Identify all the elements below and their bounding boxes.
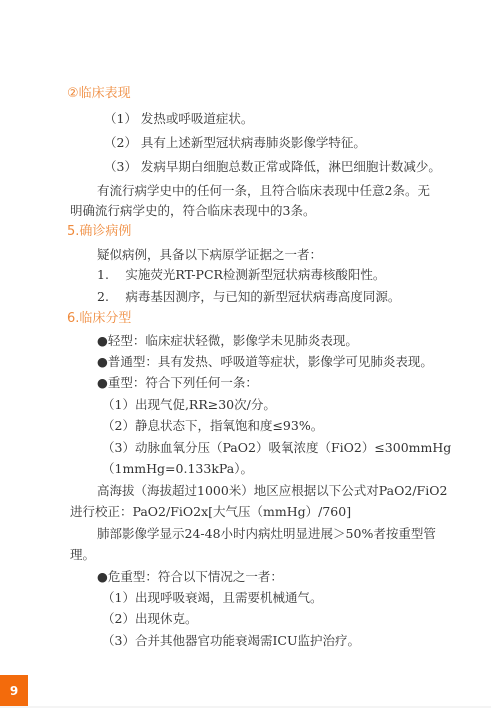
list-item: （3）动脉血氧分压（PaO2）吸氧浓度（FiO2）≤300mmHg — [102, 440, 451, 456]
list-item: （3） 发病早期白细胞总数正常或降低，淋巴细胞计数减少。 — [104, 159, 441, 175]
bullet-item: ●普通型：具有发热、呼吸道等症状，影像学可见肺炎表现。 — [97, 354, 433, 370]
document-page: ②临床表现 （1） 发热或呼吸道症状。 （2） 具有上述新型冠状病毒肺炎影像学特… — [0, 0, 491, 708]
list-item: 2. 病毒基因测序，与已知的新型冠状病毒高度同源。 — [97, 289, 400, 305]
paragraph-line: 高海拔（海拔超过1000米）地区应根据以下公式对PaO2/FiO2 — [97, 483, 447, 499]
paragraph-line: 疑似病例，具备以下病原学证据之一者： — [97, 247, 322, 263]
list-item: （1）出现呼吸衰竭，且需要机械通气。 — [102, 590, 322, 606]
bullet-item: ●轻型：临床症状轻微，影像学未见肺炎表现。 — [97, 333, 358, 349]
bullet-item: ●重型：符合下列任何一条： — [97, 375, 258, 391]
list-item: （1） 发热或呼吸道症状。 — [104, 111, 253, 127]
paragraph-line: 理。 — [70, 547, 95, 563]
section-heading-clinical: ②临床表现 — [67, 86, 131, 102]
bullet-item: ●危重型：符合以下情况之一者： — [97, 569, 283, 585]
paragraph-line: 进行校正：PaO2/FiO2x[大气压（mmHg）/760] — [70, 504, 351, 520]
list-item: （2）出现休克。 — [102, 611, 197, 627]
page-number-badge: 9 — [0, 675, 28, 706]
section-heading-classification: 6.临床分型 — [67, 311, 131, 327]
paragraph-line: 明确流行病学史的，符合临床表现中的3条。 — [70, 203, 315, 219]
list-item: （3）合并其他器官功能衰竭需ICU监护治疗。 — [102, 633, 360, 649]
list-item: 1. 实施荧光RT-PCR检测新型冠状病毒核酸阳性。 — [97, 267, 385, 283]
list-item: （1）出现气促,RR≥30次/分。 — [102, 397, 276, 413]
list-item: （2）静息状态下，指氧饱和度≤93%。 — [102, 418, 323, 434]
list-item: （2） 具有上述新型冠状病毒肺炎影像学特征。 — [104, 135, 366, 151]
paragraph-line: 肺部影像学显示24-48小时内病灶明显进展＞50%者按重型管 — [97, 526, 436, 542]
section-heading-confirmed: 5.确诊病例 — [67, 224, 131, 240]
list-item: （1mmHg=0.133kPa）。 — [102, 461, 253, 477]
paragraph-line: 有流行病学史中的任何一条，且符合临床表现中任意2条。无 — [97, 183, 430, 199]
